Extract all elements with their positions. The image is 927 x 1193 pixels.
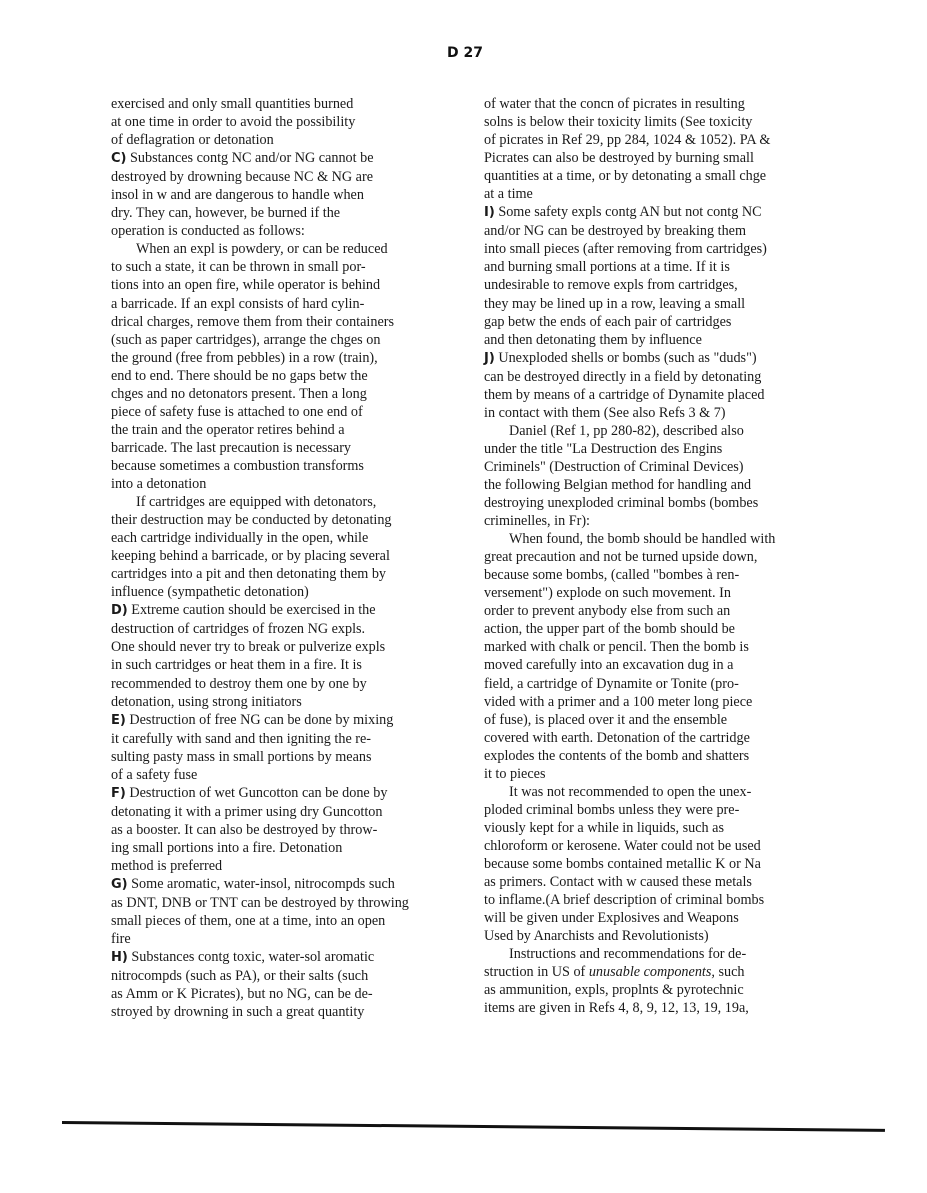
text-line: Daniel (Ref 1, pp 280-82), described als…	[484, 422, 834, 440]
text-line: operation is conducted as follows:	[111, 222, 461, 240]
text-line: of deflagration or detonation	[111, 131, 461, 149]
left-column: exercised and only small quantities burn…	[111, 95, 461, 1021]
text-line: in contact with them (See also Refs 3 & …	[484, 404, 834, 422]
text-line: them by means of a cartridge of Dynamite…	[484, 386, 834, 404]
text-line: under the title "La Destruction des Engi…	[484, 440, 834, 458]
text-line: and burning small portions at a time. If…	[484, 258, 834, 276]
text-line: insol in w and are dangerous to handle w…	[111, 186, 461, 204]
text-line: it to pieces	[484, 765, 834, 783]
right-column: of water that the concn of picrates in r…	[484, 95, 834, 1017]
page-number-header: D 27	[447, 45, 483, 61]
text-line: It was not recommended to open the unex-	[484, 783, 834, 801]
text-line: vided with a primer and a 100 meter long…	[484, 693, 834, 711]
text-line: detonation, using strong initiators	[111, 693, 461, 711]
item-label-h: H)	[111, 950, 128, 965]
text-line: at one time in order to avoid the possib…	[111, 113, 461, 131]
text-line: piece of safety fuse is attached to one …	[111, 403, 461, 421]
text-line: because some bombs contained metallic K …	[484, 855, 834, 873]
text-line: One should never try to break or pulveri…	[111, 638, 461, 656]
item-label-d: D)	[111, 603, 128, 618]
text-line: Used by Anarchists and Revolutionists)	[484, 927, 834, 945]
text-line: to such a state, it can be thrown in sma…	[111, 258, 461, 276]
text-line: into a detonation	[111, 475, 461, 493]
text-line: If cartridges are equipped with detonato…	[111, 493, 461, 511]
text-line: as ammunition, expls, proplnts & pyrotec…	[484, 981, 834, 999]
text-line: the ground (free from pebbles) in a row …	[111, 349, 461, 367]
text-line: destruction of cartridges of frozen NG e…	[111, 620, 461, 638]
text-line: destroying unexploded criminal bombs (bo…	[484, 494, 834, 512]
text-line: dry. They can, however, be burned if the	[111, 204, 461, 222]
item-h-line: H) Substances contg toxic, water-sol aro…	[111, 948, 461, 967]
item-label-e: E)	[111, 713, 126, 728]
item-label-c: C)	[111, 151, 126, 166]
item-label-j: J)	[484, 351, 495, 366]
text-line: end to end. There should be no gaps betw…	[111, 367, 461, 385]
item-j-line: J) Unexploded shells or bombs (such as "…	[484, 349, 834, 368]
text-line: in such cartridges or heat them in a fir…	[111, 656, 461, 674]
text-line: method is preferred	[111, 857, 461, 875]
text-line: to inflame.(A brief description of crimi…	[484, 891, 834, 909]
text-line: ing small portions into a fire. Detonati…	[111, 839, 461, 857]
text-line: undesirable to remove expls from cartrid…	[484, 276, 834, 294]
text-line: criminelles, in Fr):	[484, 512, 834, 530]
text-line: because some bombs, (called "bombes à re…	[484, 566, 834, 584]
text-line: nitrocompds (such as PA), or their salts…	[111, 967, 461, 985]
text-line: Criminels" (Destruction of Criminal Devi…	[484, 458, 834, 476]
text-line: marked with chalk or pencil. Then the bo…	[484, 638, 834, 656]
item-label-i: I)	[484, 205, 495, 220]
text-line: into small pieces (after removing from c…	[484, 240, 834, 258]
text-line: cartridges into a pit and then detonatin…	[111, 565, 461, 583]
text-line: small pieces of them, one at a time, int…	[111, 912, 461, 930]
text-line: barricade. The last precaution is necess…	[111, 439, 461, 457]
item-label-f: F)	[111, 786, 126, 801]
text-line: and then detonating them by influence	[484, 331, 834, 349]
item-d-line: D) Extreme caution should be exercised i…	[111, 601, 461, 620]
item-f-line: F) Destruction of wet Guncotton can be d…	[111, 784, 461, 803]
item-c-line: C) Substances contg NC and/or NG cannot …	[111, 149, 461, 168]
text-line: and/or NG can be destroyed by breaking t…	[484, 222, 834, 240]
text-line: as primers. Contact with w caused these …	[484, 873, 834, 891]
text-line: quantities at a time, or by detonating a…	[484, 167, 834, 185]
text-line: items are given in Refs 4, 8, 9, 12, 13,…	[484, 999, 834, 1017]
text-line: action, the upper part of the bomb shoul…	[484, 620, 834, 638]
text-line: recommended to destroy them one by one b…	[111, 675, 461, 693]
text-line: tions into an open fire, while operator …	[111, 276, 461, 294]
text-line: sulting pasty mass in small portions by …	[111, 748, 461, 766]
text-line: field, a cartridge of Dynamite or Tonite…	[484, 675, 834, 693]
text-line: great precaution and not be turned upsid…	[484, 548, 834, 566]
text-line: a barricade. If an expl consists of hard…	[111, 295, 461, 313]
text-line: Instructions and recommendations for de-	[484, 945, 834, 963]
text-line: destroyed by drowning because NC & NG ar…	[111, 168, 461, 186]
text-line: viously kept for a while in liquids, suc…	[484, 819, 834, 837]
text-line: because sometimes a combustion transform…	[111, 457, 461, 475]
item-e-line: E) Destruction of free NG can be done by…	[111, 711, 461, 730]
text-line-with-italic: struction in US of unusable components, …	[484, 963, 834, 981]
item-i-line: I) Some safety expls contg AN but not co…	[484, 203, 834, 222]
text-line: versement") explode on such movement. In	[484, 584, 834, 602]
text-line: gap betw the ends of each pair of cartri…	[484, 313, 834, 331]
item-g-line: G) Some aromatic, water-insol, nitrocomp…	[111, 875, 461, 894]
text-line: chges and no detonators present. Then a …	[111, 385, 461, 403]
text-line: influence (sympathetic detonation)	[111, 583, 461, 601]
text-line: stroyed by drowning in such a great quan…	[111, 1003, 461, 1021]
text-line: can be destroyed directly in a field by …	[484, 368, 834, 386]
text-line: as Amm or K Picrates), but no NG, can be…	[111, 985, 461, 1003]
text-line: they may be lined up in a row, leaving a…	[484, 295, 834, 313]
text-line: chloroform or kerosene. Water could not …	[484, 837, 834, 855]
text-line: of fuse), is placed over it and the ense…	[484, 711, 834, 729]
text-line: at a time	[484, 185, 834, 203]
text-line: as DNT, DNB or TNT can be destroyed by t…	[111, 894, 461, 912]
text-line: explodes the contents of the bomb and sh…	[484, 747, 834, 765]
text-line: fire	[111, 930, 461, 948]
text-line: the train and the operator retires behin…	[111, 421, 461, 439]
text-line: When an expl is powdery, or can be reduc…	[111, 240, 461, 258]
item-label-g: G)	[111, 877, 128, 892]
text-line: moved carefully into an excavation dug i…	[484, 656, 834, 674]
text-line: it carefully with sand and then igniting…	[111, 730, 461, 748]
text-line: ploded criminal bombs unless they were p…	[484, 801, 834, 819]
text-line: their destruction may be conducted by de…	[111, 511, 461, 529]
text-line: order to prevent anybody else from such …	[484, 602, 834, 620]
text-line: will be given under Explosives and Weapo…	[484, 909, 834, 927]
text-line: (such as paper cartridges), arrange the …	[111, 331, 461, 349]
text-line: each cartridge individually in the open,…	[111, 529, 461, 547]
text-line: Picrates can also be destroyed by burnin…	[484, 149, 834, 167]
text-line: the following Belgian method for handlin…	[484, 476, 834, 494]
text-line: solns is below their toxicity limits (Se…	[484, 113, 834, 131]
text-line: as a booster. It can also be destroyed b…	[111, 821, 461, 839]
italic-term: unusable components,	[589, 964, 715, 980]
text-line: detonating it with a primer using dry Gu…	[111, 803, 461, 821]
text-line: of a safety fuse	[111, 766, 461, 784]
text-line: of picrates in Ref 29, pp 284, 1024 & 10…	[484, 131, 834, 149]
text-line: of water that the concn of picrates in r…	[484, 95, 834, 113]
text-line: drical charges, remove them from their c…	[111, 313, 461, 331]
footer-rule	[62, 1121, 885, 1132]
text-line: When found, the bomb should be handled w…	[484, 530, 834, 548]
text-line: covered with earth. Detonation of the ca…	[484, 729, 834, 747]
text-line: keeping behind a barricade, or by placin…	[111, 547, 461, 565]
text-line: exercised and only small quantities burn…	[111, 95, 461, 113]
